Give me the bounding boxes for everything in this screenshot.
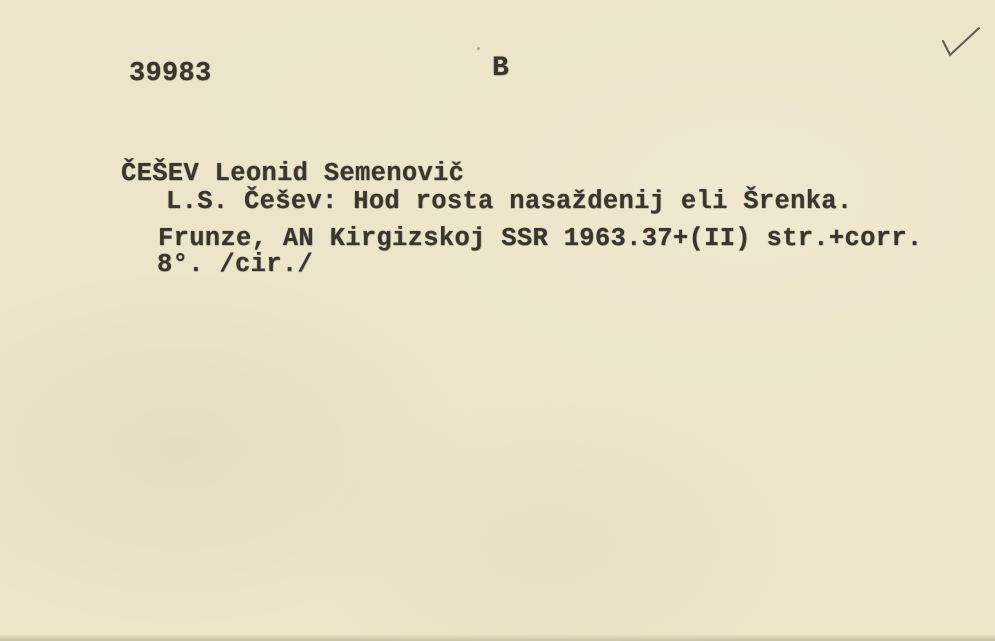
pencil-checkmark-icon: [936, 24, 984, 62]
entry-title-line: L.S. Češev: Hod rosta nasaždenij eli Šre…: [166, 189, 853, 215]
entry-author-heading: ČEŠEV Leonid Semenovič: [121, 161, 464, 187]
entry-format-line: 8°. /cir./: [157, 252, 313, 278]
serial-number: 39983: [129, 61, 212, 88]
section-letter: B: [492, 55, 509, 83]
entry-imprint-line: Frunze, AN Kirgizskoj SSR 1963.37+(II) s…: [158, 226, 923, 252]
paper-speck: [477, 47, 480, 50]
catalog-card: 39983 B ČEŠEV Leonid Semenovič L.S. Češe…: [0, 0, 995, 641]
